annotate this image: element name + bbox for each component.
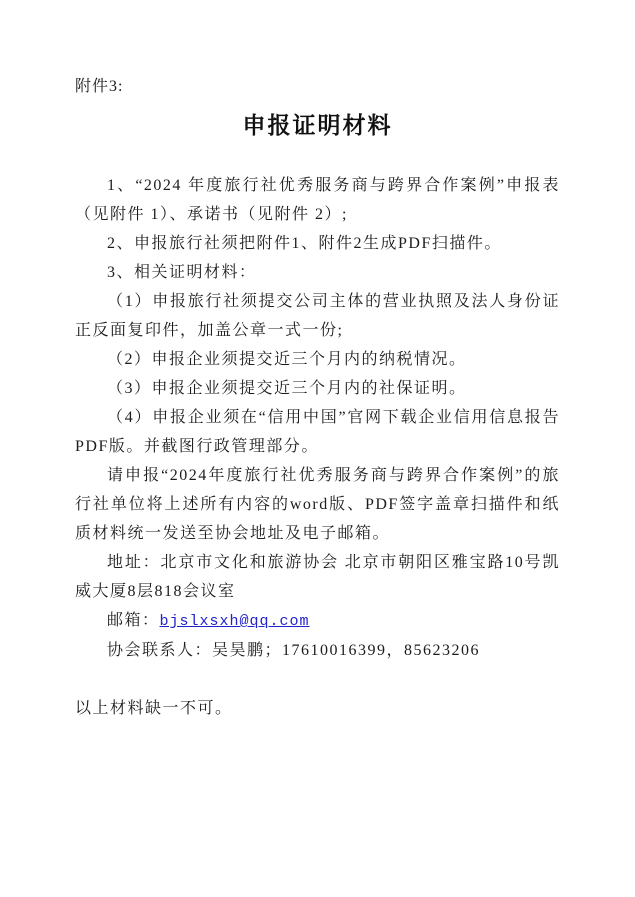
email-label: 邮箱：: [107, 612, 160, 629]
contact-line: 协会联系人：吴昊鹏；17610016399，85623206: [75, 636, 560, 665]
attachment-label: 附件3:: [75, 72, 560, 101]
email-link[interactable]: bjslxsxh@qq.com: [160, 613, 310, 630]
document-body: 1、“2024 年度旅行社优秀服务商与跨界合作案例”申报表（见附件 1）、承诺书…: [75, 171, 560, 723]
paragraph-item-3: 3、相关证明材料：: [75, 258, 560, 287]
paragraph-sub-1: （1）申报旅行社须提交公司主体的营业执照及法人身份证正反面复印件，加盖公章一式一…: [75, 287, 560, 345]
paragraph-item-2: 2、申报旅行社须把附件1、附件2生成PDF扫描件。: [75, 229, 560, 258]
closing-line: 以上材料缺一不可。: [75, 694, 560, 723]
paragraph-item-1: 1、“2024 年度旅行社优秀服务商与跨界合作案例”申报表（见附件 1）、承诺书…: [75, 171, 560, 229]
paragraph-sub-3: （3）申报企业须提交近三个月内的社保证明。: [75, 374, 560, 403]
paragraph-submission-instructions: 请申报“2024年度旅行社优秀服务商与跨界合作案例”的旅行社单位将上述所有内容的…: [75, 461, 560, 548]
paragraph-sub-2: （2）申报企业须提交近三个月内的纳税情况。: [75, 345, 560, 374]
paragraph-sub-4: （4）申报企业须在“信用中国”官网下载企业信用信息报告PDF版。并截图行政管理部…: [75, 403, 560, 461]
email-line: 邮箱：bjslxsxh@qq.com: [75, 606, 560, 636]
address-line: 地址：北京市文化和旅游协会 北京市朝阳区雅宝路10号凯威大厦8层818会议室: [75, 548, 560, 606]
document-page: 附件3: 申报证明材料 1、“2024 年度旅行社优秀服务商与跨界合作案例”申报…: [0, 0, 635, 897]
page-title: 申报证明材料: [75, 109, 560, 143]
